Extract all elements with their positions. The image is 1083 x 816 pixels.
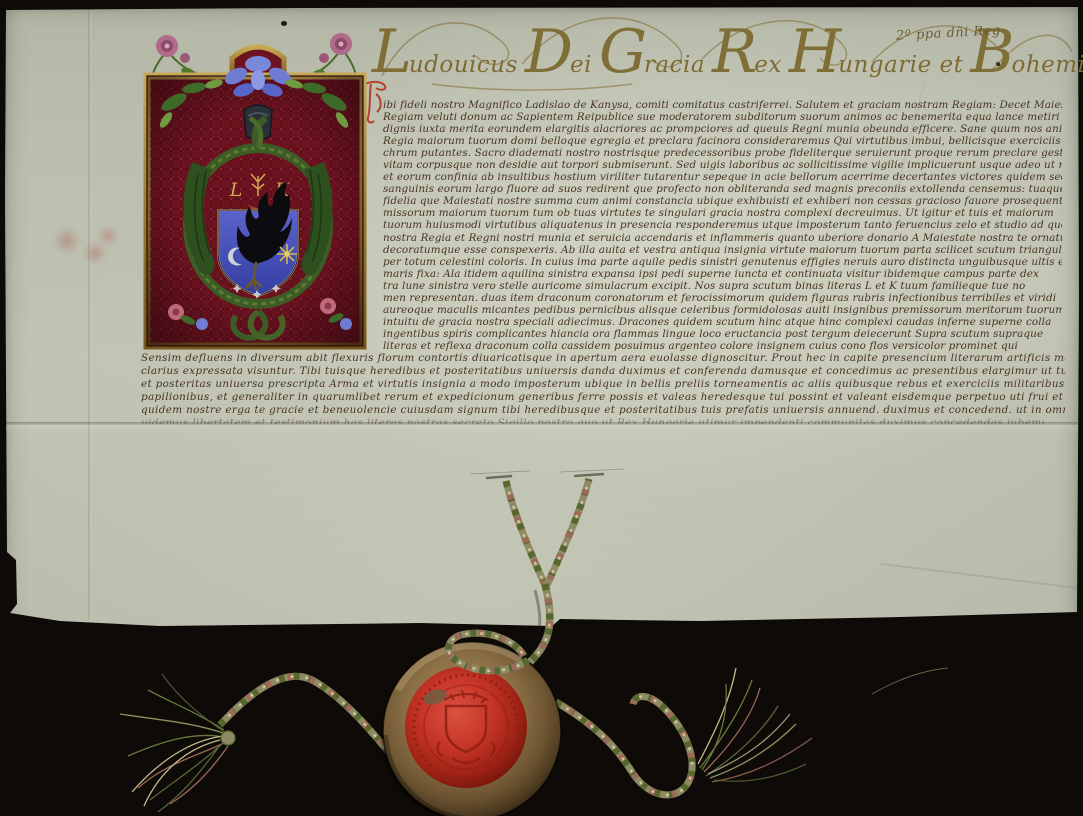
initial-letter-L: L xyxy=(229,179,243,201)
text-line: clarius expressata visuntur. Tibi tuisqu… xyxy=(141,365,1065,378)
text-line: tuorum huiusmodi virtutibus aliquatenus … xyxy=(383,219,1062,231)
red-offset-stain xyxy=(52,228,82,254)
text-line: chrum putantes. Sacro diademati nostro n… xyxy=(383,147,1062,159)
text-line: sanguinis eorum largo fluore ad suos red… xyxy=(383,183,1062,195)
seal-blemish xyxy=(421,687,448,708)
vertical-crease-highlight xyxy=(90,10,91,620)
intitulatio-capital: D xyxy=(525,17,570,87)
intitulatio-word: ei xyxy=(570,52,592,78)
red-offset-stain xyxy=(98,226,118,246)
seal-tassel-right xyxy=(698,668,812,782)
text-line: missorum maiorum tuorum tum ob tuas virt… xyxy=(383,207,1062,219)
text-line: Sensim defluens in diversum abit flexuri… xyxy=(141,352,1065,365)
text-line: per totum celestini coloris. In cuius im… xyxy=(383,256,1062,268)
text-line: fidelia que Maiestati nostre summa cum a… xyxy=(383,195,1062,207)
seal-cord-left-tail xyxy=(220,676,400,766)
text-line: papilionibus, et generaliter in quarumli… xyxy=(141,391,1065,404)
intitulatio-capital: R xyxy=(712,17,754,87)
text-line: intuitu de gracia nostra speciali adieci… xyxy=(383,316,1062,328)
intitulatio-word: ohemie 2ct xyxy=(1012,52,1083,78)
illuminated-armorial-panel: L K xyxy=(136,24,372,350)
text-line: Regiam veluti donum ac Sapientem Reipubl… xyxy=(383,111,1062,123)
text-line: aureoque maculis micantes pedibus pernic… xyxy=(383,304,1062,316)
text-line: quidem nostre erga te gracie et beneuole… xyxy=(141,404,1065,417)
intitulatio-capital: H xyxy=(789,17,838,87)
stray-thread xyxy=(872,668,948,694)
intitulatio-capital: G xyxy=(599,17,644,87)
text-line: nostra Regia et Regni nostri munia et se… xyxy=(383,232,1062,244)
golden-star-icon xyxy=(277,244,297,264)
text-line: men representan. duas item draconum coro… xyxy=(383,292,1062,304)
text-line-cut-by-fold: uidemus libertatem et testimonium has li… xyxy=(141,417,1046,424)
text-line: Regia maiorum tuorum domi belloque egreg… xyxy=(383,135,1062,147)
cord-loop-over-seal xyxy=(448,633,528,671)
charter-photograph: { "document": { "header": { "full_text":… xyxy=(0,0,1083,816)
intitulatio-word: ungarie et xyxy=(838,52,963,78)
text-line: et posteritas uniuersa prescripta Arma e… xyxy=(141,378,1065,391)
text-line: dignis iuxta merita eorundem elargitis a… xyxy=(383,123,1062,135)
text-line: literas et reflexa draconum colla cassid… xyxy=(383,340,1062,352)
seal-tassel-left xyxy=(120,674,235,812)
text-line: decoratumque esse conspexeris. Ab illa a… xyxy=(383,244,1062,256)
seal-impression xyxy=(414,675,518,779)
text-line: maris fixa: Ala itidem aquilina sinistra… xyxy=(383,268,1062,280)
royal-intitulatio: LudouicusDeiGraciaRexHungarie etBohemie … xyxy=(372,6,1072,102)
text-line: vitam corpusque non desidie aut torpori … xyxy=(383,159,1062,171)
text-line: tra lune sinistra vero stelle auricome s… xyxy=(383,280,1062,292)
red-wax-matrix xyxy=(405,666,527,788)
intitulatio-word: ex xyxy=(754,52,782,78)
text-line: ingentibus spiris complicantes hiancia o… xyxy=(383,328,1062,340)
plica-fold-highlight xyxy=(6,425,1078,434)
intitulatio-capital: L xyxy=(372,17,409,87)
charter-body-fullwidth: Sensim defluens in diversum abit flexuri… xyxy=(141,352,1065,417)
intitulatio-word: udouicus xyxy=(409,52,518,78)
text-line: et eorum confinia ab insultibus hostium … xyxy=(383,171,1062,183)
seal-cord-right-tail xyxy=(556,697,692,795)
wax-seal xyxy=(383,642,561,816)
intitulatio-word: racia xyxy=(644,52,705,78)
text-line: ibi fideli nostro Magnifico Ladislao de … xyxy=(383,99,1062,111)
charter-body-indented: ibi fideli nostro Magnifico Ladislao de … xyxy=(383,99,1062,352)
